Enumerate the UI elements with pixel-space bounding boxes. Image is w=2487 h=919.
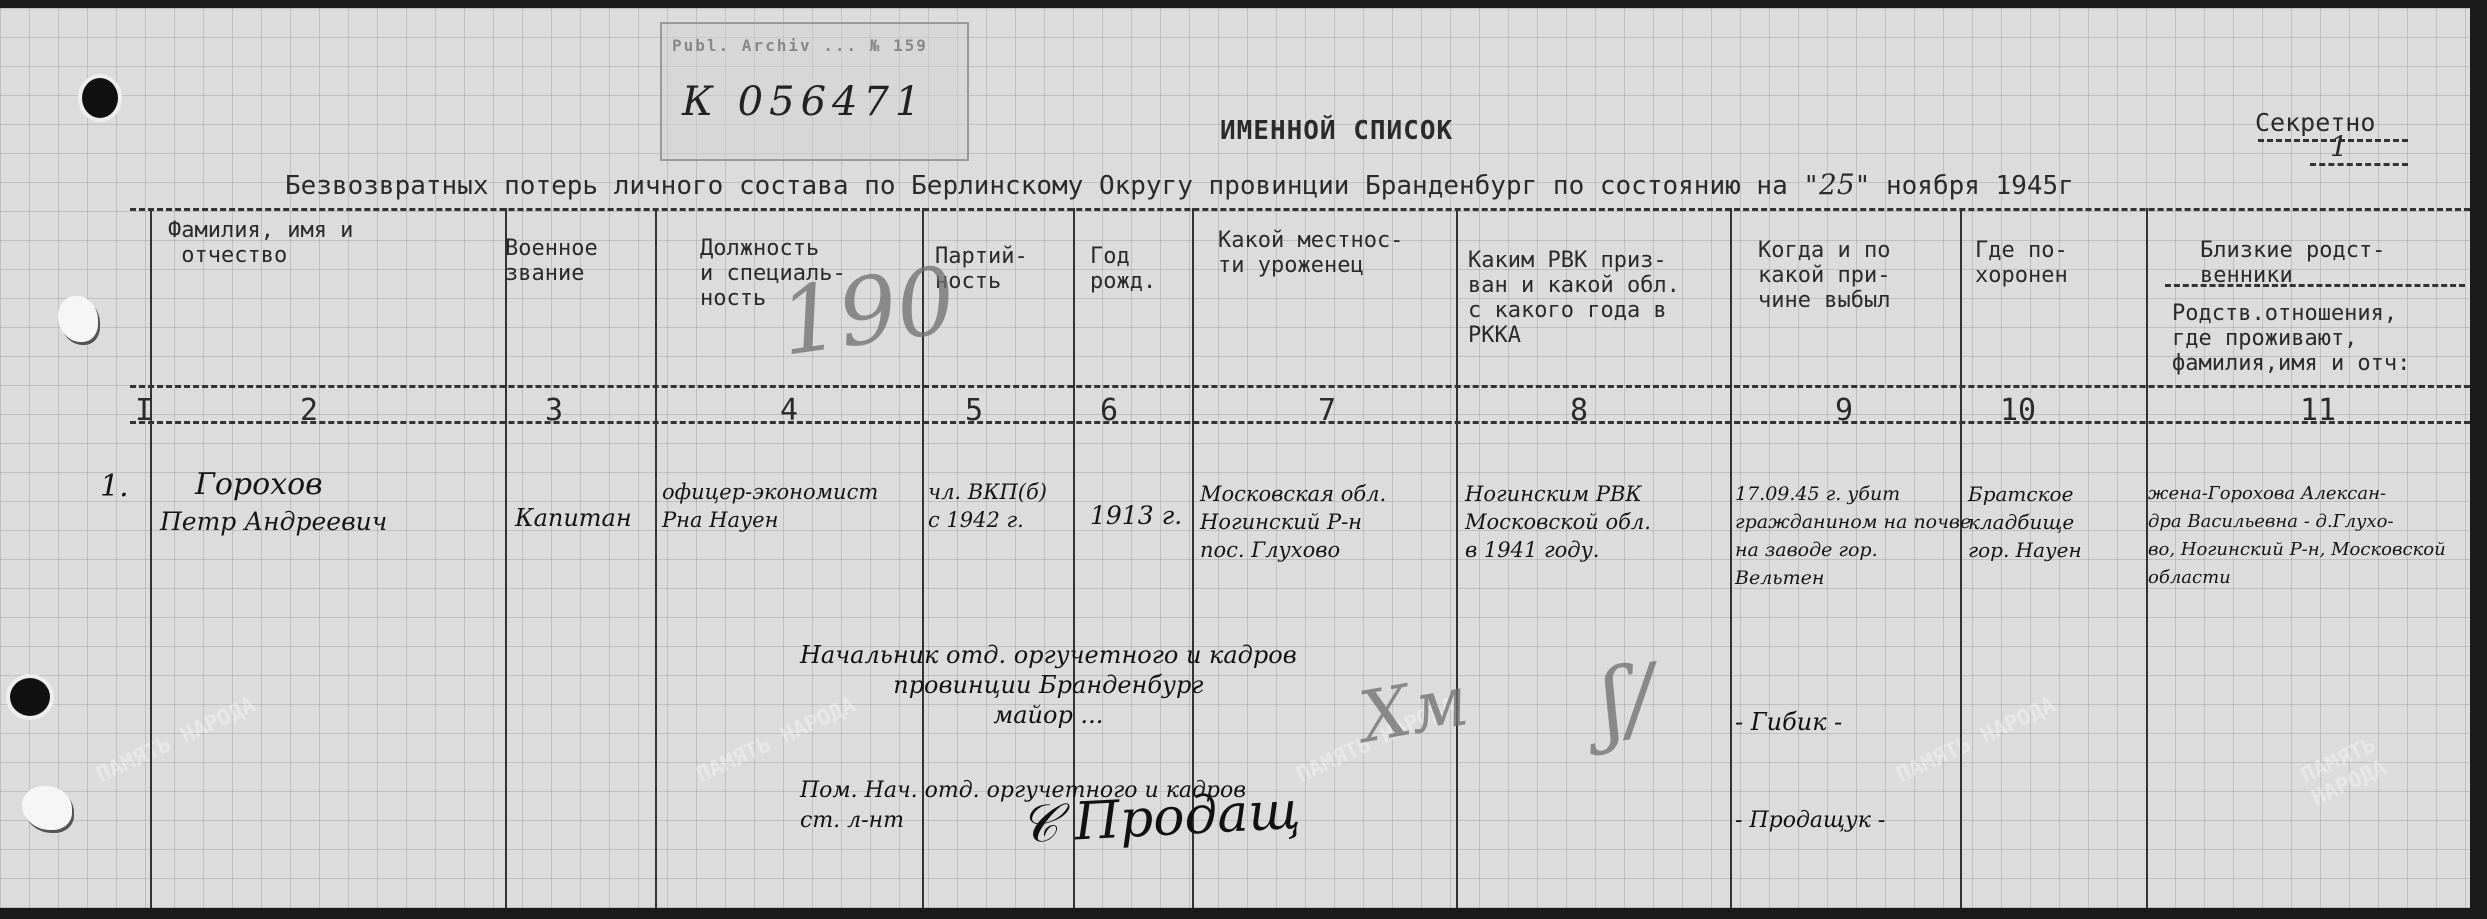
- rank: Капитан: [515, 504, 632, 532]
- header-departure-reason: Когда и по какой при- чине выбыл: [1758, 238, 1890, 313]
- sheet-number-underline: [2310, 163, 2408, 166]
- chief-name: - Гибик -: [1735, 708, 1842, 736]
- column-number: I: [135, 393, 153, 428]
- birthplace: Московская обл. Ногинский Р-н пос. Глухо…: [1200, 480, 1386, 564]
- party: чл. ВКП(б) с 1942 г.: [928, 478, 1047, 534]
- relatives: жена-Горохова Алексан- дра Васильевна - …: [2148, 480, 2446, 592]
- column-number: 5: [965, 393, 983, 428]
- pencil-annotation: 190: [773, 246, 962, 376]
- punch-hole: [10, 678, 50, 716]
- header-draft-office: Каким РВК приз- ван и какой обл. с каког…: [1468, 248, 1680, 348]
- draft-office: Ногинским РВК Московской обл. в 1941 год…: [1465, 480, 1651, 564]
- column-number-rule: [130, 421, 2470, 424]
- position: офицер-экономист Рна Науен: [662, 478, 878, 534]
- archive-number: К 056471: [682, 79, 926, 125]
- departure-reason: 17.09.45 г. убит гражданином на почве на…: [1735, 480, 1971, 592]
- column-divider: [505, 208, 507, 908]
- column-number: 7: [1318, 393, 1336, 428]
- punch-hole: [58, 296, 98, 342]
- document-title: ИМЕННОЙ СПИСОК: [1220, 116, 1453, 146]
- birth-year: 1913 г.: [1090, 502, 1182, 530]
- column-number: 9: [1835, 393, 1853, 428]
- chief-title: Начальник отд. оргучетного и кадров пров…: [800, 640, 1297, 730]
- classification-label: Секретно: [2255, 108, 2375, 137]
- column-divider: [1456, 208, 1458, 908]
- surname: Горохов: [195, 468, 323, 502]
- header-relatives-sub: Родств.отношения, где проживают, фамилия…: [2172, 301, 2410, 376]
- column-number: 4: [780, 393, 798, 428]
- document-subtitle: Безвозвратных потерь личного состава по …: [285, 168, 2074, 201]
- header-bottom-rule: [130, 385, 2470, 388]
- column-divider: [655, 208, 657, 908]
- punch-hole: [22, 786, 72, 830]
- column-number: 6: [1100, 393, 1118, 428]
- header-full-name: Фамилия, имя и отчество: [168, 218, 353, 268]
- document-sheet: ПАМЯТЬ НАРОДА ПАМЯТЬ НАРОДА ПАМЯТЬ НАРОД…: [0, 8, 2470, 908]
- assistant-name: - Продащук -: [1735, 808, 1885, 833]
- row-index: 1.: [100, 470, 129, 504]
- subtitle-prefix: Безвозвратных потерь личного состава по …: [285, 171, 1819, 201]
- watermark: ПАМЯТЬ НАРОДА: [93, 693, 260, 788]
- column-number: 10: [2000, 393, 2036, 428]
- watermark: ПАМЯТЬ НАРОДА: [2297, 694, 2472, 811]
- column-number: 8: [1570, 393, 1588, 428]
- archive-stamp: Publ. Archiv ... № 159 К 056471: [660, 22, 969, 161]
- punch-hole: [82, 78, 118, 118]
- subtitle-suffix: " ноября 1945г: [1855, 171, 2074, 201]
- column-divider: [1730, 208, 1732, 908]
- chief-signature-pencil: ʃ/: [1593, 645, 1662, 757]
- subtitle-day: 25: [1819, 168, 1855, 201]
- table-top-rule: [130, 208, 2470, 211]
- header-birthplace: Какой местнос- ти уроженец: [1218, 228, 1403, 278]
- watermark: ПАМЯТЬ НАРОДА: [1893, 693, 2060, 788]
- header-relatives: Близкие родст- венники: [2200, 238, 2385, 288]
- column-divider: [150, 208, 152, 908]
- header-rank: Военное звание: [505, 236, 598, 286]
- column-number: 11: [2300, 393, 2336, 428]
- header-birth-year: Год рожд.: [1090, 244, 1156, 294]
- header-burial-place: Где по- хоронен: [1975, 238, 2068, 288]
- column-number: 2: [300, 393, 318, 428]
- column-number: 3: [545, 393, 563, 428]
- given-names: Петр Андреевич: [160, 508, 387, 536]
- stamp-header: Publ. Archiv ... № 159: [672, 36, 928, 55]
- sheet-number: 1: [2330, 130, 2348, 163]
- burial-place: Братское кладбище гор. Науен: [1968, 480, 2082, 564]
